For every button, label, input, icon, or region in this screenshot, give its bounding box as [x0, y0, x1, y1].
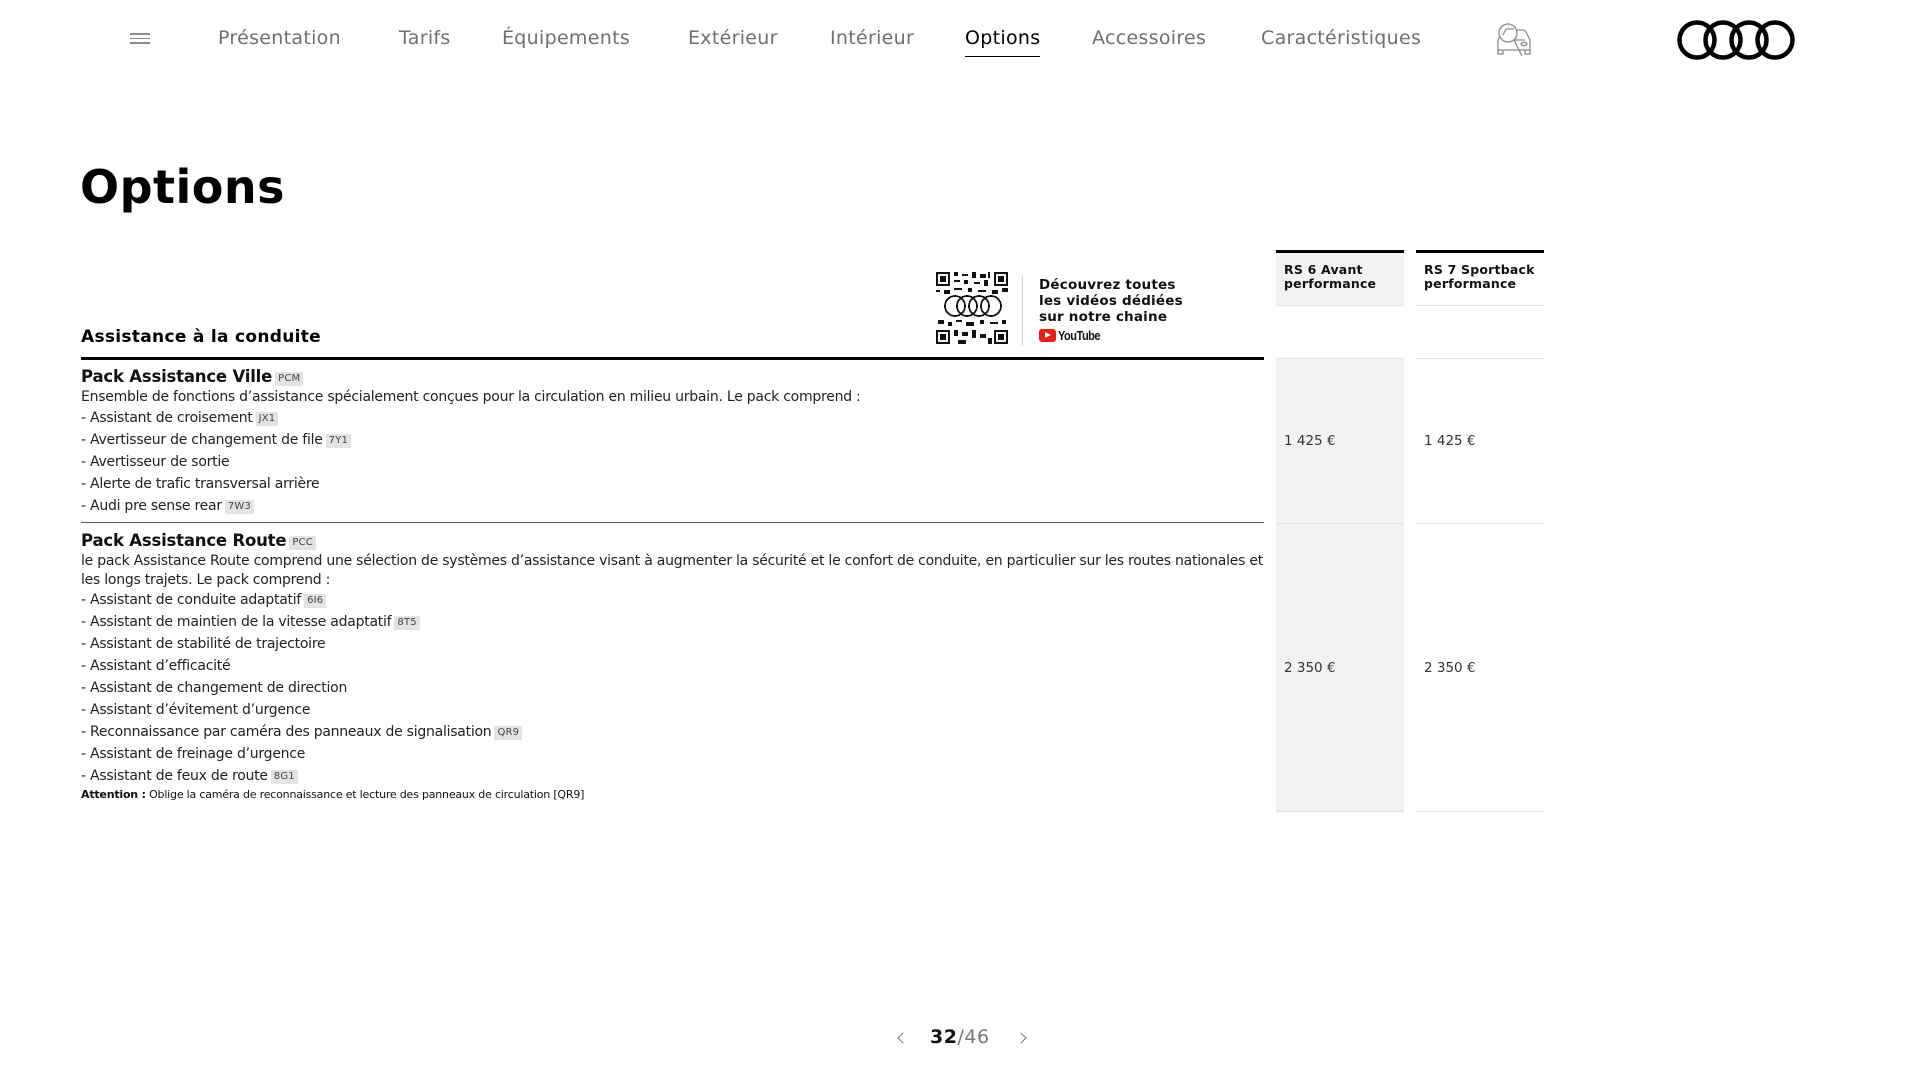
- feature-item: - Assistant de maintien de la vitesse ad…: [81, 611, 1264, 633]
- price-rs7-pack-route: 2 350 €: [1416, 523, 1544, 812]
- nav-link-tarifs[interactable]: Tarifs: [399, 26, 451, 50]
- chevron-left-icon[interactable]: [896, 1031, 908, 1045]
- option-row-pack-assistance-route: Pack Assistance RoutePCC le pack Assista…: [81, 524, 1264, 811]
- car-search-icon[interactable]: [1490, 20, 1538, 60]
- promo-divider: [1022, 276, 1023, 346]
- section-title: Assistance à la conduite: [81, 327, 321, 347]
- nav-link-presentation[interactable]: Présentation: [218, 26, 341, 50]
- price-rs7-pack-ville: 1 425 €: [1416, 358, 1544, 524]
- nav-link-interieur[interactable]: Intérieur: [830, 26, 914, 50]
- page-indicator: 32/46: [930, 1026, 990, 1048]
- feature-item: - Assistant de freinage d’urgence: [81, 743, 1264, 765]
- youtube-label: YouTube: [1058, 328, 1100, 343]
- audi-logo[interactable]: [1676, 19, 1796, 61]
- column-header-line: RS 6 Avant: [1284, 263, 1396, 277]
- option-code: PCC: [289, 536, 316, 550]
- option-code: QR9: [494, 726, 522, 740]
- top-navigation: Présentation Tarifs Équipements Extérieu…: [0, 0, 1920, 80]
- feature-item: - Avertisseur de sortie: [81, 451, 1264, 473]
- pack-description: le pack Assistance Route comprend une sé…: [81, 552, 1271, 589]
- feature-text: - Alerte de trafic transversal arrière: [81, 476, 319, 492]
- pagination: 32/46: [890, 1025, 1040, 1053]
- qr-code: [936, 272, 1008, 344]
- feature-item: - Avertisseur de changement de file7Y1: [81, 429, 1264, 451]
- option-code: 8G1: [271, 770, 298, 784]
- feature-item: - Assistant de conduite adaptatif6I6: [81, 589, 1264, 611]
- option-code: 7W3: [225, 500, 254, 514]
- feature-text: - Audi pre sense rear: [81, 498, 222, 514]
- youtube-link[interactable]: YouTube: [1039, 327, 1107, 343]
- feature-text: - Assistant de freinage d’urgence: [81, 746, 305, 762]
- pack-title: Pack Assistance VillePCM: [81, 366, 1264, 388]
- column-header-rs6: RS 6 Avant performance: [1276, 250, 1404, 306]
- column-header-line: performance: [1424, 277, 1536, 291]
- total-pages: /46: [957, 1026, 989, 1048]
- feature-text: - Assistant de feux de route: [81, 768, 268, 784]
- promo-line-1: Découvrez toutes: [1039, 277, 1183, 293]
- note-text: Oblige la caméra de reconnaissance et le…: [146, 788, 584, 801]
- price-rs6-pack-route: 2 350 €: [1276, 523, 1404, 812]
- column-header-line: performance: [1284, 277, 1396, 291]
- promo-text: Découvrez toutes les vidéos dédiées sur …: [1039, 277, 1183, 325]
- pack-note: Attention : Oblige la caméra de reconnai…: [81, 787, 1264, 803]
- feature-text: - Assistant de croisement: [81, 410, 253, 426]
- promo-line-2: les vidéos dédiées: [1039, 293, 1183, 309]
- feature-item: - Assistant de changement de direction: [81, 677, 1264, 699]
- feature-text: - Assistant d’évitement d’urgence: [81, 702, 310, 718]
- nav-link-accessoires[interactable]: Accessoires: [1092, 26, 1206, 50]
- nav-link-exterieur[interactable]: Extérieur: [688, 26, 778, 50]
- pack-feature-list: - Assistant de croisementJX1- Avertisseu…: [81, 407, 1264, 517]
- feature-item: - Assistant de feux de route8G1: [81, 765, 1264, 787]
- option-row-pack-assistance-ville: Pack Assistance VillePCM Ensemble de fon…: [81, 360, 1264, 523]
- feature-item: - Alerte de trafic transversal arrière: [81, 473, 1264, 495]
- feature-item: - Assistant d’efficacité: [81, 655, 1264, 677]
- feature-item: - Assistant d’évitement d’urgence: [81, 699, 1264, 721]
- note-label: Attention :: [81, 788, 146, 801]
- page-title: Options: [80, 160, 285, 214]
- pack-description: Ensemble de fonctions d’assistance spéci…: [81, 388, 1271, 407]
- feature-text: - Avertisseur de changement de file: [81, 432, 323, 448]
- feature-text: - Avertisseur de sortie: [81, 454, 229, 470]
- nav-link-caracteristiques[interactable]: Caractéristiques: [1261, 26, 1421, 50]
- feature-text: - Assistant de changement de direction: [81, 680, 347, 696]
- option-code: JX1: [256, 412, 279, 426]
- feature-item: - Assistant de croisementJX1: [81, 407, 1264, 429]
- option-code: 8T5: [394, 616, 419, 630]
- pack-title-text: Pack Assistance Ville: [81, 367, 272, 386]
- price-rs6-pack-ville: 1 425 €: [1276, 358, 1404, 524]
- option-code: 7Y1: [326, 434, 351, 448]
- feature-text: - Assistant d’efficacité: [81, 658, 230, 674]
- youtube-play-icon: [1039, 329, 1056, 342]
- nav-link-options[interactable]: Options: [965, 26, 1040, 50]
- option-code: PCM: [275, 372, 303, 386]
- feature-item: - Assistant de stabilité de trajectoire: [81, 633, 1264, 655]
- feature-item: - Audi pre sense rear7W3: [81, 495, 1264, 517]
- option-code: 6I6: [304, 594, 326, 608]
- pack-feature-list: - Assistant de conduite adaptatif6I6- As…: [81, 589, 1264, 787]
- hamburger-icon[interactable]: [130, 33, 150, 45]
- pack-title: Pack Assistance RoutePCC: [81, 530, 1264, 552]
- feature-text: - Reconnaissance par caméra des panneaux…: [81, 724, 491, 740]
- chevron-right-icon[interactable]: [1017, 1031, 1029, 1045]
- column-header-rs7: RS 7 Sportback performance: [1416, 250, 1544, 306]
- feature-text: - Assistant de maintien de la vitesse ad…: [81, 614, 391, 630]
- feature-text: - Assistant de conduite adaptatif: [81, 592, 301, 608]
- feature-text: - Assistant de stabilité de trajectoire: [81, 636, 325, 652]
- column-header-line: RS 7 Sportback: [1424, 263, 1536, 277]
- promo-line-3: sur notre chaine: [1039, 309, 1183, 325]
- feature-item: - Reconnaissance par caméra des panneaux…: [81, 721, 1264, 743]
- pack-title-text: Pack Assistance Route: [81, 531, 286, 550]
- nav-link-equipements[interactable]: Équipements: [502, 26, 630, 50]
- current-page: 32: [930, 1026, 957, 1048]
